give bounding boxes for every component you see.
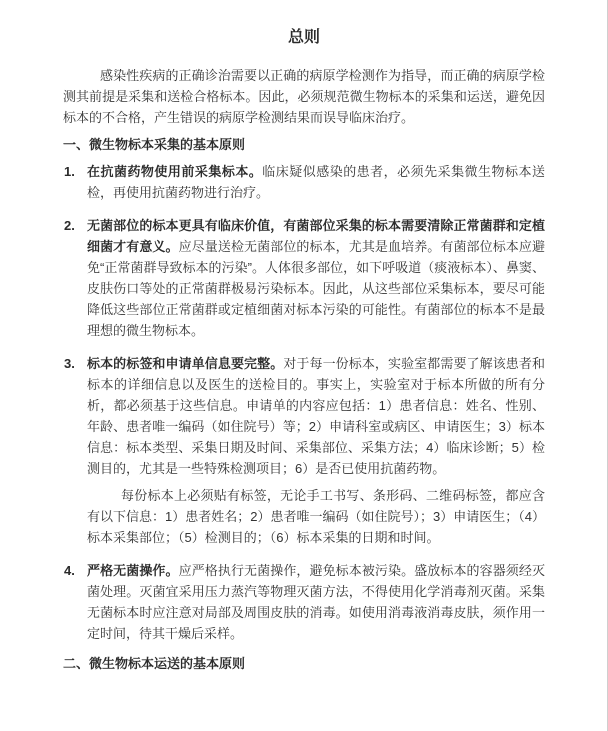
item-number: 3. — [64, 353, 75, 374]
item-number: 4. — [64, 560, 75, 581]
section-heading-collection: 一、 微生物标本采集的基本原则 — [63, 137, 545, 153]
list-item: 2. 无菌部位的标本更具有临床价值，有菌部位采集的标本需要清除正常菌群和定植细菌… — [63, 215, 545, 341]
item-lead: 在抗菌药物使用前采集标本。 — [87, 164, 262, 179]
item-text: 标本的标签和申请单信息要完整。对于每一份标本，实验室都需要了解该患者和标本的详细… — [87, 353, 545, 479]
list-item: 4. 严格无菌操作。应严格执行无菌操作，避免标本被污染。盛放标本的容器须经灭菌处… — [63, 560, 545, 644]
item-text: 严格无菌操作。应严格执行无菌操作，避免标本被污染。盛放标本的容器须经灭菌处理。灭… — [87, 560, 545, 644]
item-number: 1. — [64, 161, 75, 182]
list-item: 3. 标本的标签和申请单信息要完整。对于每一份标本，实验室都需要了解该患者和标本… — [63, 353, 545, 548]
item-lead: 标本的标签和申请单信息要完整。 — [87, 356, 283, 371]
page-title: 总则 — [63, 27, 545, 49]
item-sub-paragraph: 每份标本上必须贴有标签，无论手工书写、条形码、二维码标签，都应含有以下信息：1）… — [87, 485, 545, 548]
item-number: 2. — [64, 215, 75, 236]
item-text: 无菌部位的标本更具有临床价值，有菌部位采集的标本需要清除正常菌群和定植细菌才有意… — [87, 215, 545, 341]
heading-text: 微生物标本采集的基本原则 — [89, 137, 245, 153]
document-page: 总则 感染性疾病的正确诊治需要以正确的病原学检测作为指导，而正确的病原学检测其前… — [0, 0, 608, 731]
item-body: 对于每一份标本，实验室都需要了解该患者和标本的详细信息以及医生的送检目的。事实上… — [87, 356, 545, 476]
intro-paragraph: 感染性疾病的正确诊治需要以正确的病原学检测作为指导，而正确的病原学检测其前提是采… — [63, 65, 545, 128]
item-lead: 严格无菌操作。 — [87, 563, 179, 578]
item-text: 在抗菌药物使用前采集标本。临床疑似感染的患者，必须先采集微生物标本送检，再使用抗… — [87, 161, 545, 203]
list-item: 1. 在抗菌药物使用前采集标本。临床疑似感染的患者，必须先采集微生物标本送检，再… — [63, 161, 545, 203]
section-heading-transport: 二、 微生物标本运送的基本原则 — [63, 656, 545, 672]
heading-number: 一、 — [63, 137, 89, 153]
heading-text: 微生物标本运送的基本原则 — [89, 656, 245, 672]
heading-number: 二、 — [63, 656, 89, 672]
